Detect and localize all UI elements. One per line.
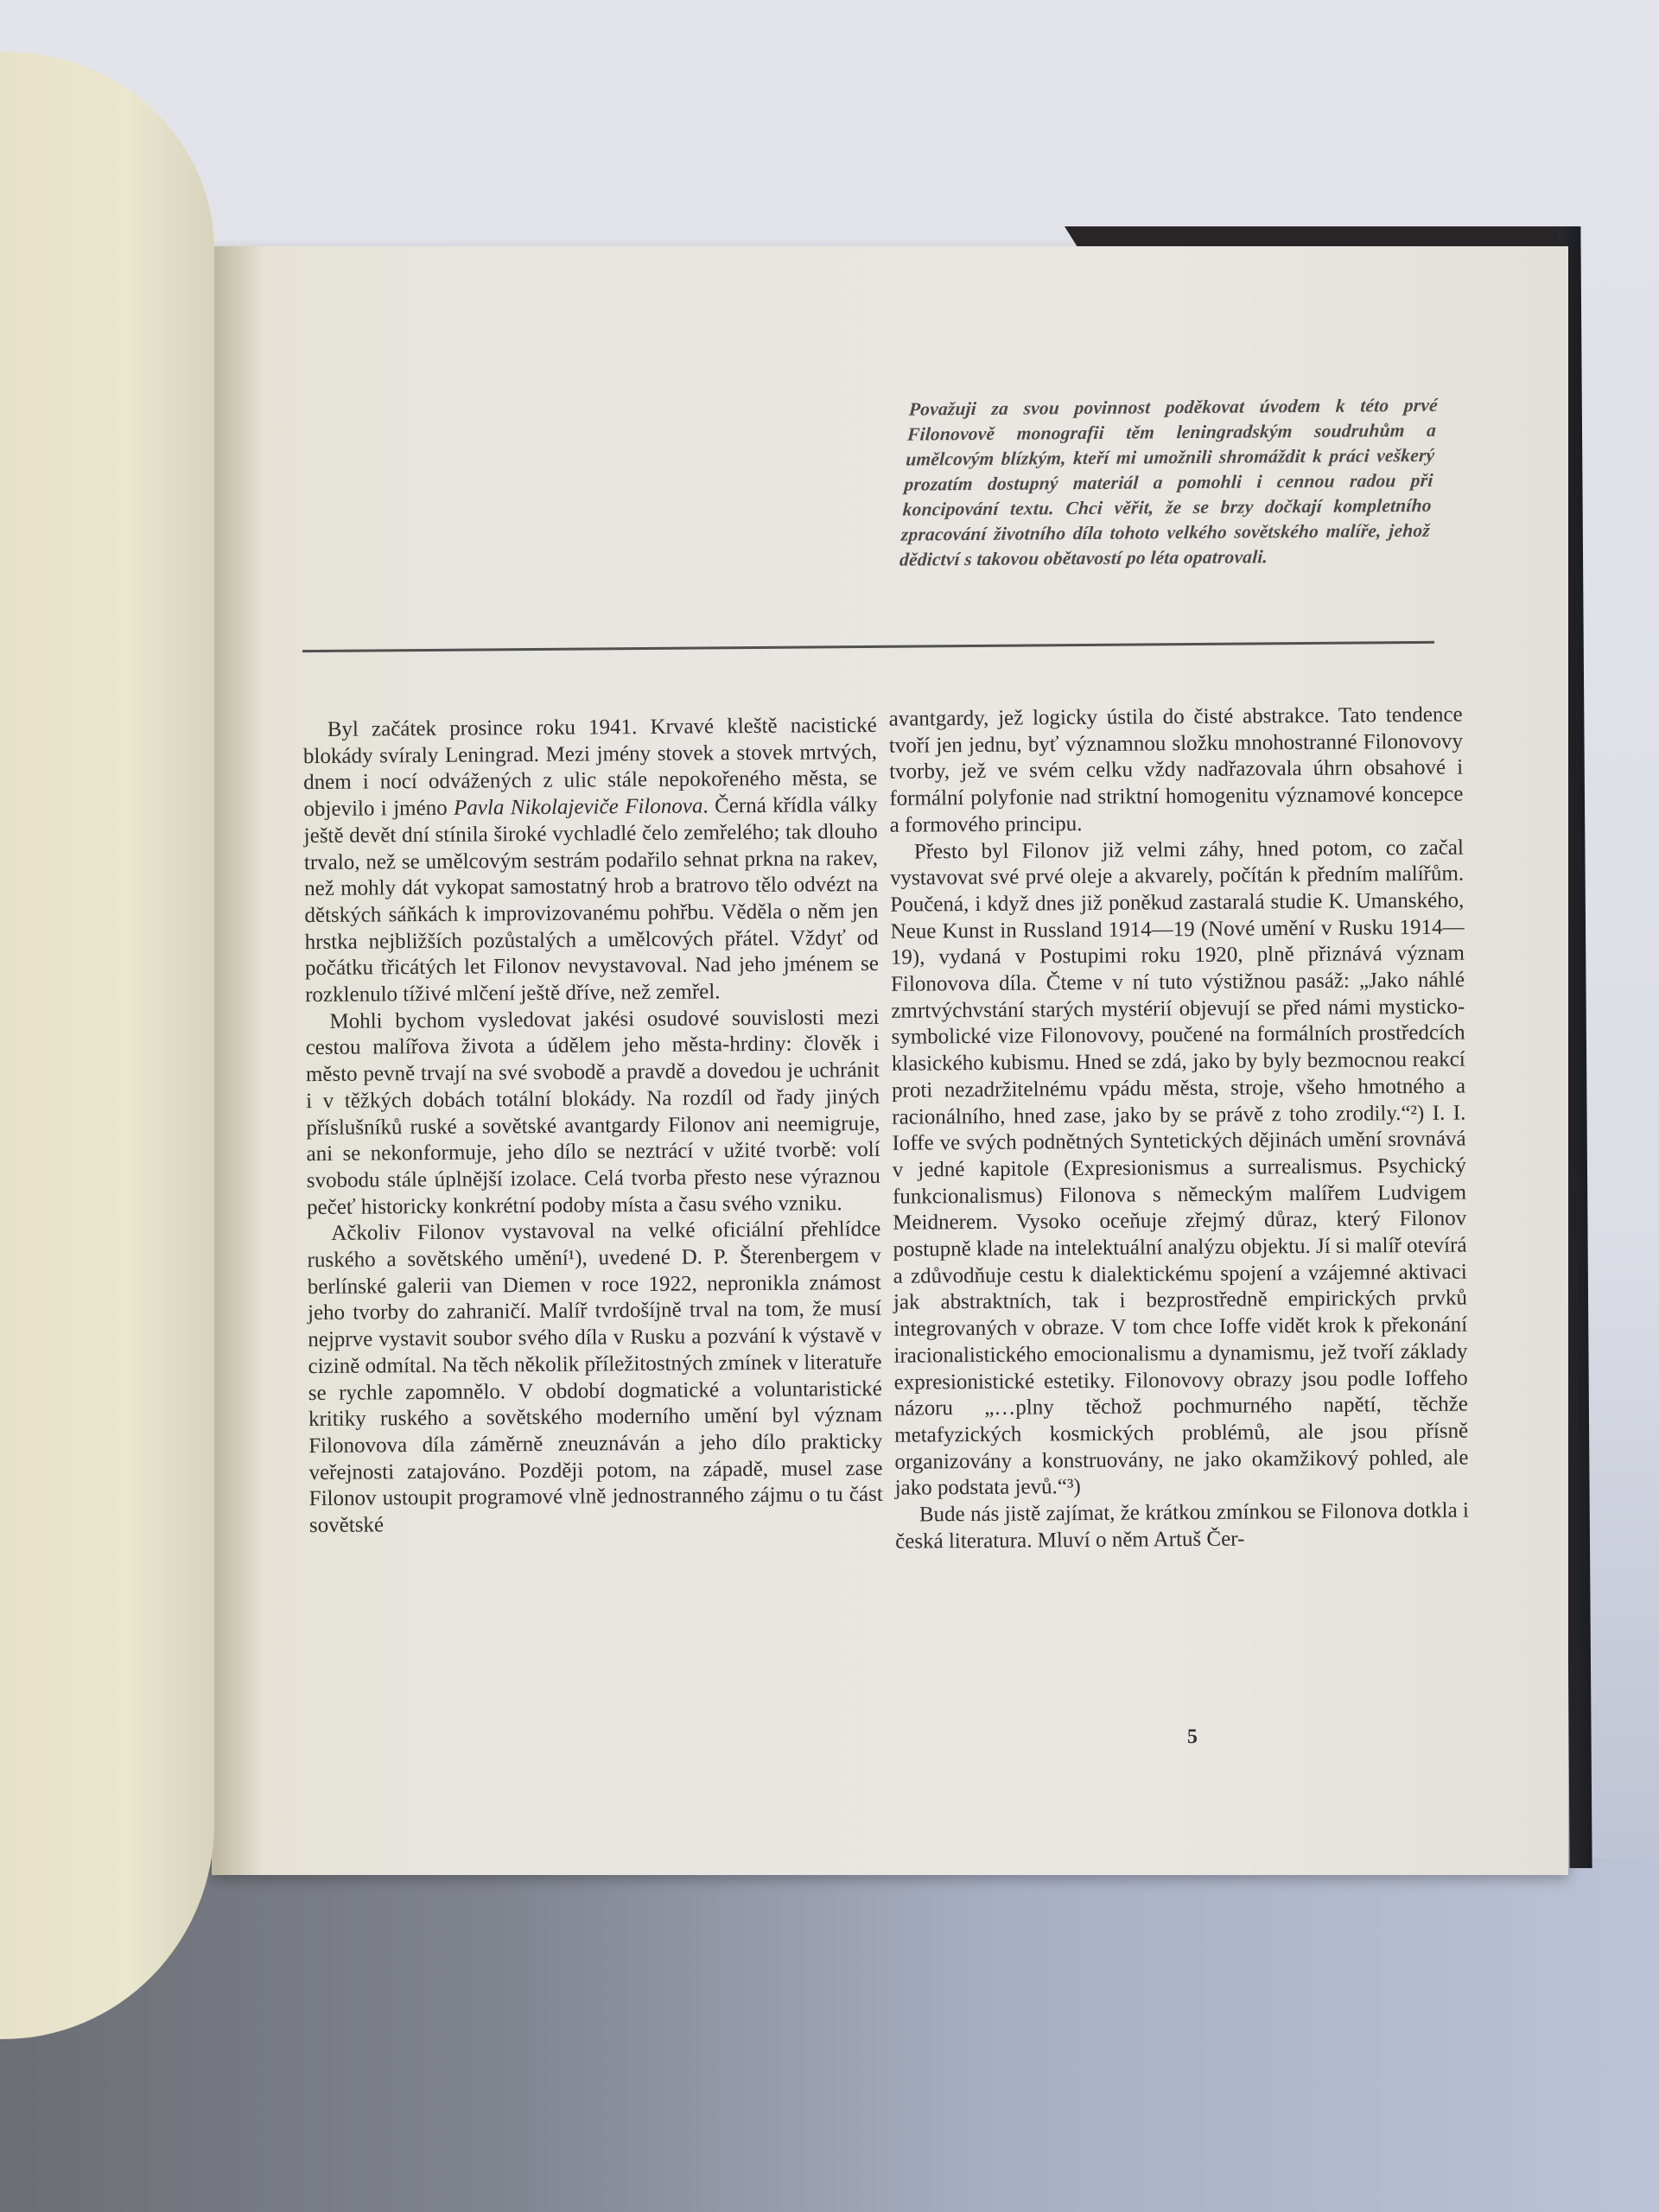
painter-name: Pavla Nikolajeviče Filonova: [454, 795, 703, 820]
horizontal-rule: [302, 641, 1434, 652]
acknowledgement-note: Považuji za svou povinnost poděkovat úvo…: [899, 393, 1439, 573]
text-column-left: Byl začátek prosince roku 1941. Krvavé k…: [303, 713, 883, 1540]
paragraph: Byl začátek prosince roku 1941. Krvavé k…: [303, 713, 880, 1009]
paragraph: Mohli bychom vysledovat jakési osudové s…: [305, 1005, 880, 1222]
text-column-right: avantgardy, jež logicky ústila do čisté …: [889, 702, 1470, 1556]
page-number: 5: [1187, 1726, 1198, 1749]
paragraph: Bude nás jistě zajímat, že krátkou zmínk…: [895, 1498, 1469, 1556]
page-content: Považuji za svou povinnost poděkovat úvo…: [0, 0, 1659, 2212]
paragraph: Ačkoliv Filonov vystavoval na velké ofic…: [307, 1217, 883, 1540]
paragraph-continued: avantgardy, jež logicky ústila do čisté …: [889, 702, 1464, 840]
paragraph: Přesto byl Filonov již velmi záhy, hned …: [890, 835, 1469, 1503]
